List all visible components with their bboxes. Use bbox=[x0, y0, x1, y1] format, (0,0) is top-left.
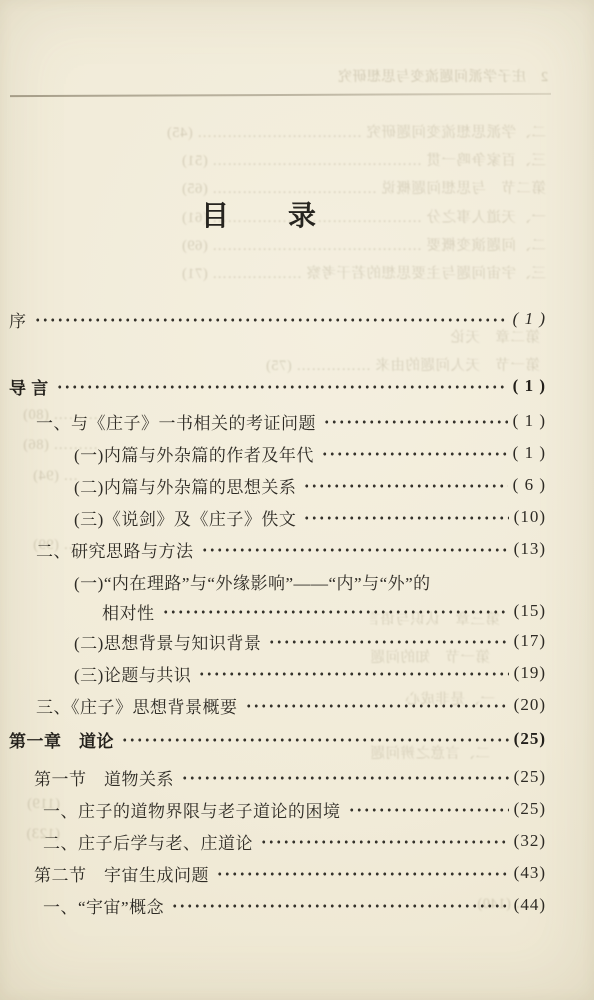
toc-entry: (三)《说剑》及《庄子》佚文 (10) bbox=[9, 506, 546, 528]
toc-entry-page: (15) bbox=[514, 601, 546, 621]
toc-entry: (一)内篇与外杂篇的作者及年代 ( 1 ) bbox=[9, 442, 546, 464]
toc-entry-page: ( 1 ) bbox=[513, 443, 546, 463]
toc-entry-page: (32) bbox=[514, 831, 546, 851]
dot-leader bbox=[121, 728, 509, 750]
toc-entry-label: 二、研究思路与方法 bbox=[36, 537, 194, 562]
toc-entry: 二、庄子后学与老、庄道论 (32) bbox=[9, 830, 546, 852]
toc-entry-page: (10) bbox=[514, 507, 546, 527]
toc-entry-label: 一、与《庄子》一书相关的考证问题 bbox=[36, 409, 316, 434]
toc-entry-page: ( 1 ) bbox=[513, 309, 546, 329]
toc-entry: 相对性 (15) bbox=[9, 600, 546, 622]
toc-entry-page: (43) bbox=[514, 863, 546, 883]
toc-entry: 一、“宇宙”概念 (44) bbox=[9, 894, 546, 916]
toc-entry: 三、《庄子》思想背景概要 (20) bbox=[9, 694, 546, 716]
toc-entry-page: ( 6 ) bbox=[513, 475, 546, 495]
bleedthrough-fragment: 三、百家争鸣一贯 …………………………………… (51) bbox=[8, 149, 546, 170]
dot-leader bbox=[162, 600, 509, 622]
toc-entry-label: 导 言 bbox=[9, 374, 49, 399]
bleedthrough-fragment: 三、宇宙问题与主要思想的若干考察 ……………… (71) bbox=[8, 262, 546, 283]
dot-leader bbox=[34, 308, 508, 330]
toc-entry: (二)内篇与外杂篇的思想关系 ( 6 ) bbox=[9, 474, 546, 496]
dot-leader bbox=[303, 506, 508, 528]
toc-entry: 第一章 道论 (25) bbox=[9, 728, 546, 750]
toc-entry-label: 三、《庄子》思想背景概要 bbox=[36, 693, 238, 718]
toc-entry-page: (25) bbox=[514, 767, 546, 787]
toc-entry: 序 ( 1 ) bbox=[9, 308, 546, 330]
dot-leader bbox=[260, 830, 509, 852]
toc-entry-label: (二)思想背景与知识背景 bbox=[74, 629, 261, 654]
toc-entry-label: 第一节 道物关系 bbox=[34, 765, 174, 790]
toc-entry-label: (一)“内在理路”与“外缘影响”——“内”与“外”的 bbox=[74, 569, 431, 594]
toc-entry-page: ( 1 ) bbox=[513, 411, 546, 431]
toc-entry-label: 第一章 道论 bbox=[9, 727, 114, 752]
dot-leader bbox=[56, 375, 508, 397]
toc-entry-page: (44) bbox=[514, 895, 546, 915]
bleedthrough-running-head: 2 庄子学派问题流变与思想研究 bbox=[283, 66, 548, 86]
toc-entry: (一)“内在理路”与“外缘影响”——“内”与“外”的 bbox=[9, 570, 546, 592]
toc-entry-label: (三)《说剑》及《庄子》佚文 bbox=[74, 505, 296, 530]
toc-entry-page: (13) bbox=[514, 539, 546, 559]
dot-leader bbox=[181, 766, 509, 788]
bleedthrough-header-rule bbox=[10, 93, 551, 97]
bleedthrough-fragment: 二、问题演变概要 …………………………………… (69) bbox=[8, 234, 546, 255]
dot-leader bbox=[303, 474, 507, 496]
dot-leader bbox=[216, 862, 509, 884]
toc-entry-page: (20) bbox=[514, 695, 546, 715]
page-title: 目 录 bbox=[0, 194, 556, 234]
toc-entry: (二)思想背景与知识背景 (17) bbox=[9, 630, 546, 652]
toc-entry: 第一节 道物关系 (25) bbox=[9, 766, 546, 788]
toc-entry-label: (一)内篇与外杂篇的作者及年代 bbox=[74, 441, 314, 466]
dot-leader bbox=[245, 694, 509, 716]
toc-entry-label: 一、庄子的道物界限与老子道论的困境 bbox=[43, 797, 341, 822]
toc-entry-page: (19) bbox=[514, 663, 546, 683]
toc-list: 序 ( 1 ) 导 言 ( 1 ) 一、与《庄子》一书相关的考证问题 ( 1 )… bbox=[9, 308, 546, 916]
book-page-scan: 2 庄子学派问题流变与思想研究二、学派思想流变问题研究 …………………………… … bbox=[0, 0, 594, 1000]
toc-entry: 第二节 宇宙生成问题 (43) bbox=[9, 862, 546, 884]
dot-leader bbox=[438, 570, 541, 592]
toc-entry-page: (25) bbox=[514, 729, 546, 749]
toc-entry-page: (17) bbox=[514, 631, 546, 651]
toc-entry-label: 相对性 bbox=[102, 599, 155, 624]
toc-entry-label: (三)论题与共识 bbox=[74, 661, 191, 686]
bleedthrough-fragment: 二、学派思想流变问题研究 …………………………… (45) bbox=[8, 121, 546, 142]
toc-entry-label: 序 bbox=[9, 307, 27, 332]
toc-entry-label: 一、“宇宙”概念 bbox=[43, 893, 164, 918]
toc-entry-label: 二、庄子后学与老、庄道论 bbox=[43, 829, 253, 854]
toc-entry: 导 言 ( 1 ) bbox=[9, 375, 546, 397]
dot-leader bbox=[348, 798, 509, 820]
dot-leader bbox=[201, 538, 509, 560]
toc-entry: 一、庄子的道物界限与老子道论的困境 (25) bbox=[9, 798, 546, 820]
dot-leader bbox=[171, 894, 509, 916]
dot-leader bbox=[321, 442, 508, 464]
toc-entry-label: (二)内篇与外杂篇的思想关系 bbox=[74, 473, 296, 498]
toc-entry-page: ( 1 ) bbox=[513, 376, 546, 396]
toc-entry-label: 第二节 宇宙生成问题 bbox=[34, 861, 209, 886]
dot-leader bbox=[323, 410, 508, 432]
dot-leader bbox=[198, 662, 508, 684]
toc-entry-page: (25) bbox=[514, 799, 546, 819]
toc-entry: 一、与《庄子》一书相关的考证问题 ( 1 ) bbox=[9, 410, 546, 432]
toc-entry: (三)论题与共识 (19) bbox=[9, 662, 546, 684]
toc-entry: 二、研究思路与方法 (13) bbox=[9, 538, 546, 560]
dot-leader bbox=[268, 630, 508, 652]
